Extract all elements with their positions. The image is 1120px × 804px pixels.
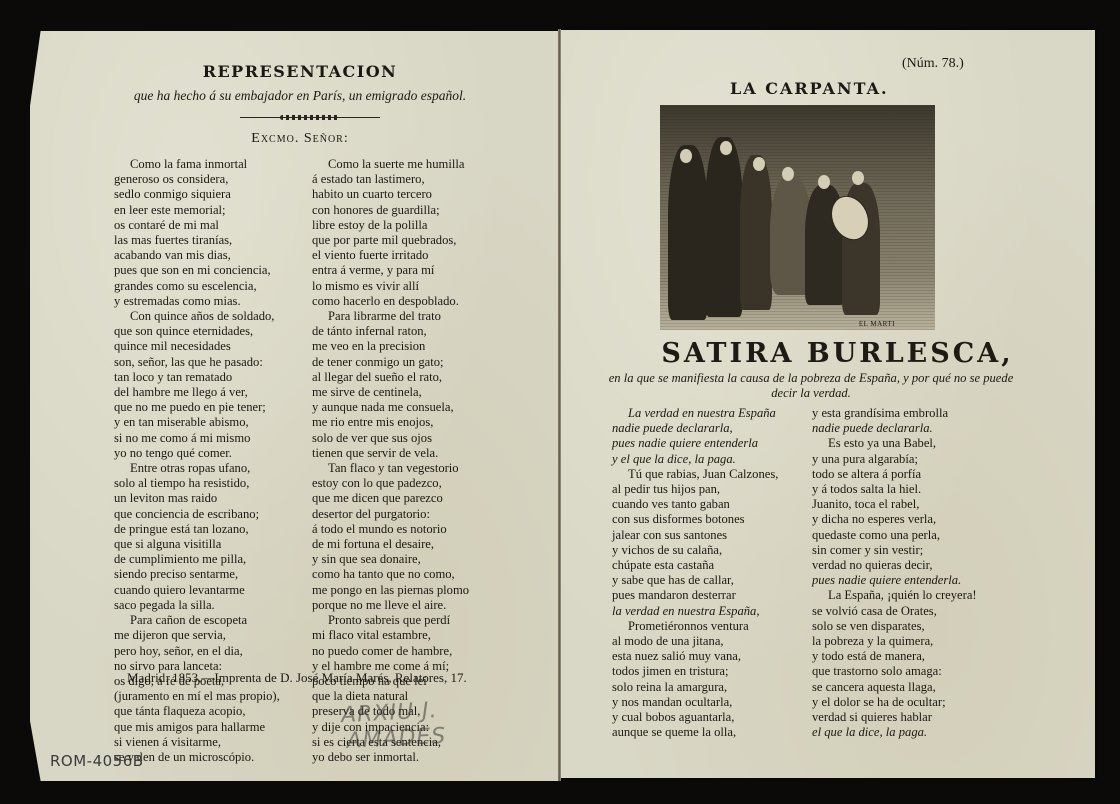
imprint-line: Madrid: 1853.—Imprenta de D. José María … <box>127 670 467 686</box>
verse-line: pues mandaron desterrar <box>612 588 778 603</box>
verse-line: Prometiéronnos ventura <box>612 619 778 634</box>
verse-line: que por parte mil quebrados, <box>312 233 469 248</box>
verse-line: de pringue está tan lozano, <box>114 522 280 537</box>
verse-line: verdad si quieres hablar <box>812 710 977 725</box>
verse-line: verdad no quieras decir, <box>812 558 977 573</box>
verse-line: que son quince eternidades, <box>114 324 280 339</box>
verse-line: Tan flaco y tan vegestorio <box>312 461 469 476</box>
verse-line: La verdad en nuestra España <box>612 406 778 421</box>
verse-line: Tú que rabias, Juan Calzones, <box>612 467 778 482</box>
verse-line: Es esto ya una Babel, <box>812 436 977 451</box>
verse-line: al pedir tus hijos pan, <box>612 482 778 497</box>
verse-line: pues que son en mi conciencia, <box>114 263 280 278</box>
verse-line: pero hoy, señor, en el dia, <box>114 644 280 659</box>
verse-line: al llegar del sueño el rato, <box>312 370 469 385</box>
verse-line: y á todos salta la hiel. <box>812 482 977 497</box>
verse-line: habito un cuarto tercero <box>312 187 469 202</box>
verse-line: saco pegada la silla. <box>114 598 280 613</box>
verse-line: las mas fuertes tiranías, <box>114 233 280 248</box>
verse-line: el viento fuerte irritado <box>312 248 469 263</box>
verse-line: y dicha no esperes verla, <box>812 512 977 527</box>
verse-line: Juanito, toca el rabel, <box>812 497 977 512</box>
verse-line: que conciencia de escribano; <box>114 507 280 522</box>
verse-line: solo de ver que sus ojos <box>312 431 469 446</box>
verse-line: y aunque nada me consuela, <box>312 400 469 415</box>
verse-line: aunque se queme la olla, <box>612 725 778 740</box>
verse-line: si no me como á mi mismo <box>114 431 280 446</box>
verse-line: y sin que sea donaire, <box>312 552 469 567</box>
verse-line: quince mil necesidades <box>114 339 280 354</box>
archive-stamp: ARXIU J. AMADES <box>341 697 464 763</box>
verse-line: y una pura algarabía; <box>812 452 977 467</box>
verse-line: solo reina la amargura, <box>612 680 778 695</box>
verse-line: Pronto sabreis que perdí <box>312 613 469 628</box>
verse-line: de mi fortuna el desaire, <box>312 537 469 552</box>
verse-line: un leviton mas raido <box>114 491 280 506</box>
verse-line: de cumplimiento me pilla, <box>114 552 280 567</box>
verse-line: me veo en la precision <box>312 339 469 354</box>
verse-line: todos jimen en tristura; <box>612 664 778 679</box>
verse-line: sin comer y sin vestir; <box>812 543 977 558</box>
verse-line: que mis amigos para hallarme <box>114 720 280 735</box>
verse-line: y el dolor se ha de ocultar; <box>812 695 977 710</box>
verse-line: siendo preciso sentarme, <box>114 567 280 582</box>
verse-line: jalear con sus santones <box>612 528 778 543</box>
verse-line: mi flaco vital estambre, <box>312 628 469 643</box>
verse-line: que no me puedo en pie tener; <box>114 400 280 415</box>
verse-line: como ha tanto que no como, <box>312 567 469 582</box>
verse-line: solo al tiempo ha resistido, <box>114 476 280 491</box>
verse-line: quedaste como una perla, <box>812 528 977 543</box>
verse-line: al modo de una jitana, <box>612 634 778 649</box>
verse-line: La España, ¡quién lo creyera! <box>812 588 977 603</box>
verse-line: que tánta flaqueza acopio, <box>114 704 280 719</box>
verse-line: y en tan miserable abismo, <box>114 415 280 430</box>
verse-line: cuando ves tanto gaban <box>612 497 778 512</box>
verse-line: que me dicen que parezco <box>312 491 469 506</box>
verse-line: de tener conmigo un gato; <box>312 355 469 370</box>
main-title: SATIRA BURLESCA, <box>600 338 1075 369</box>
verse-line: nadie puede declararla, <box>612 421 778 436</box>
verse-line: tienen que servir de vela. <box>312 446 469 461</box>
verse-line: nadie puede declararla. <box>812 421 977 436</box>
verse-line: lo mismo es vivir allí <box>312 279 469 294</box>
verse-line: me rio entre mis enojos, <box>312 415 469 430</box>
shelfmark: ROM-4056B <box>50 752 144 770</box>
engraving-signature: EL MARTI <box>859 320 895 328</box>
verse-line: me pongo en las piernas plomo <box>312 583 469 598</box>
verse-line: cuando quiero levantarme <box>114 583 280 598</box>
verse-line: acabando van mis dias, <box>114 248 280 263</box>
verse-line: me dijeron que servia, <box>114 628 280 643</box>
verse-line: á estado tan lastimero, <box>312 172 469 187</box>
verse-line: á todo el mundo es notorio <box>312 522 469 537</box>
verse-line: no puedo comer de hambre, <box>312 644 469 659</box>
engraving-illustration: EL MARTI <box>660 105 935 330</box>
right-verse-column-2: y esta grandísima embrollanadie puede de… <box>812 406 977 740</box>
verse-line: con sus disformes botones <box>612 512 778 527</box>
right-page-title: LA CARPANTA. <box>730 79 889 98</box>
verse-line: si vienen á visitarme, <box>114 735 280 750</box>
verse-line: Como la suerte me humilla <box>312 157 469 172</box>
verse-line: se volvió casa de Orates, <box>812 604 977 619</box>
verse-line: del hambre me llego á ver, <box>114 385 280 400</box>
verse-line: grandes como su escelencia, <box>114 279 280 294</box>
verse-line: y todo está de manera, <box>812 649 977 664</box>
salutation: Excmo. Señor: <box>0 131 600 147</box>
verse-line: entra á verme, y para mí <box>312 263 469 278</box>
verse-line: todo se altera á porfía <box>812 467 977 482</box>
verse-line: os contaré de mi mal <box>114 218 280 233</box>
verse-line: y vichos de su calaña, <box>612 543 778 558</box>
verse-line: (juramento en mí el mas propio), <box>114 689 280 704</box>
verse-line: sedlo conmigo siquiera <box>114 187 280 202</box>
verse-line: solo se ven disparates, <box>812 619 977 634</box>
verse-line: desertor del purgatorio: <box>312 507 469 522</box>
verse-line: yo no tengo qué comer. <box>114 446 280 461</box>
verse-line: libre estoy de la polilla <box>312 218 469 233</box>
verse-line: el que la dice, la paga. <box>812 725 977 740</box>
verse-line: tan loco y tan rematado <box>114 370 280 385</box>
verse-line: de tánto infernal raton, <box>312 324 469 339</box>
verse-line: chúpate esta castaña <box>612 558 778 573</box>
verse-line: la verdad en nuestra España, <box>612 604 778 619</box>
verse-line: generoso os considera, <box>114 172 280 187</box>
verse-line: y estremadas como mias. <box>114 294 280 309</box>
verse-line: esta nuez salió muy vana, <box>612 649 778 664</box>
right-verse-column-1: La verdad en nuestra Españanadie puede d… <box>612 406 778 740</box>
verse-line: Como la fama inmortal <box>114 157 280 172</box>
issue-number: (Núm. 78.) <box>902 56 964 72</box>
verse-line: y sabe que has de callar, <box>612 573 778 588</box>
verse-line: en leer este memorial; <box>114 203 280 218</box>
verse-line: y el que la dice, la paga. <box>612 452 778 467</box>
verse-line: con honores de guardilla; <box>312 203 469 218</box>
verse-line: que si alguna visitilla <box>114 537 280 552</box>
left-page-subtitle: que ha hecho á su embajador en París, un… <box>0 88 600 104</box>
verse-line: pues nadie quiere entenderla <box>612 436 778 451</box>
verse-line: y cual bobos aguantarla, <box>612 710 778 725</box>
verse-line: pues nadie quiere entenderla. <box>812 573 977 588</box>
verse-line: me sirve de centinela, <box>312 385 469 400</box>
verse-line: son, señor, las que he pasado: <box>114 355 280 370</box>
verse-line: se cancera aquesta llaga, <box>812 680 977 695</box>
verse-line: la pobreza y la quimera, <box>812 634 977 649</box>
verse-line: y esta grandísima embrolla <box>812 406 977 421</box>
ornamental-rule-icon <box>240 115 380 121</box>
verse-line: Entre otras ropas ufano, <box>114 461 280 476</box>
verse-line: y nos mandan ocultarla, <box>612 695 778 710</box>
verse-line: como hacerlo en despoblado. <box>312 294 469 309</box>
verse-line: estoy con lo que padezco, <box>312 476 469 491</box>
verse-line: que trastorno solo amaga: <box>812 664 977 679</box>
verse-line: Con quince años de soldado, <box>114 309 280 324</box>
verse-line: Para cañon de escopeta <box>114 613 280 628</box>
verse-line: porque no me lleve el aire. <box>312 598 469 613</box>
left-page-title: REPRESENTACION <box>0 62 600 81</box>
stamp-line: AMADES <box>342 723 463 755</box>
verse-line: Para librarme del trato <box>312 309 469 324</box>
main-subtitle: en la que se manifiesta la causa de la p… <box>606 371 1016 401</box>
